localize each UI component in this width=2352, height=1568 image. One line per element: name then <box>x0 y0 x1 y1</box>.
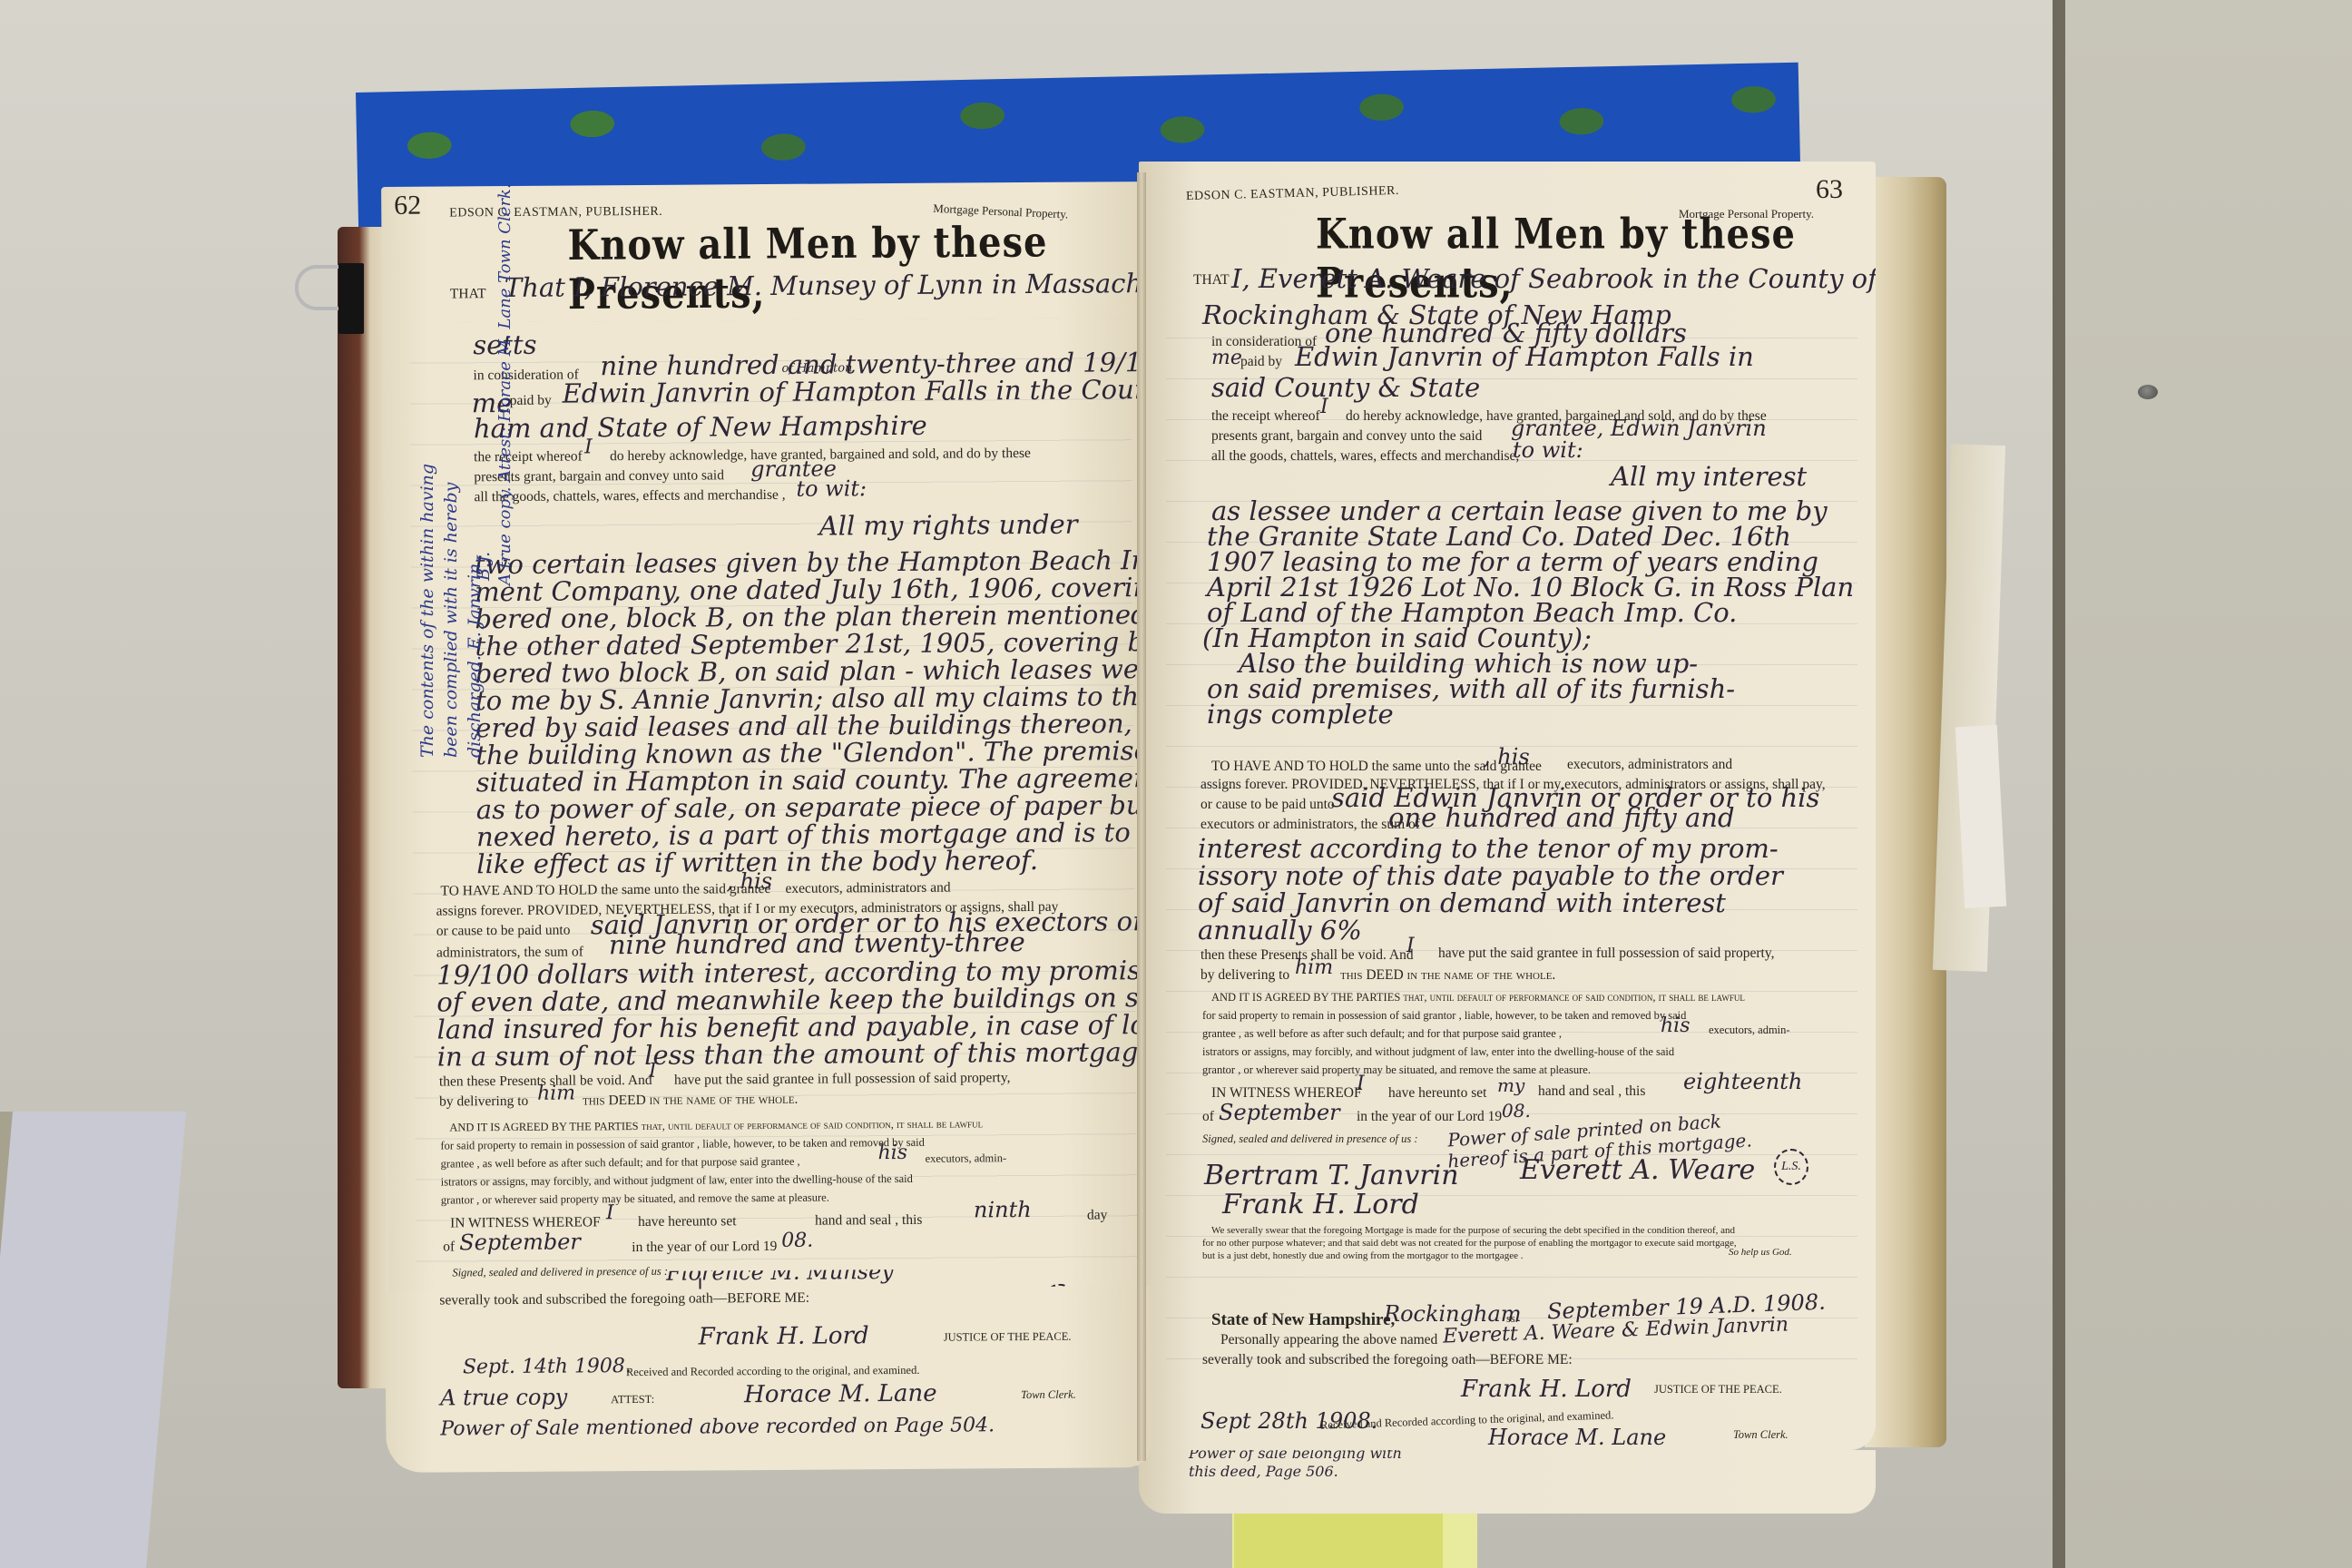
state-heading: State of New Hampshire, <box>1211 1310 1395 1330</box>
presents-text: presents grant, bargain and convey unto … <box>1211 428 1482 445</box>
wall-panel-right <box>2065 0 2352 1568</box>
void-pronoun: I <box>649 1060 657 1083</box>
publisher-header: EDSON C. EASTMAN, PUBLISHER. <box>1186 184 1399 204</box>
day-label: day <box>1087 1207 1108 1223</box>
year-label: in the year of our Lord 19 <box>1357 1109 1502 1125</box>
delivering-to: him <box>537 1082 575 1104</box>
receipt-label: the receipt whereof <box>1211 408 1320 425</box>
seal-icon: L.S. <box>1774 1149 1808 1185</box>
to-wit: to wit: <box>796 475 867 502</box>
sum-amount: one hundred and fifty and <box>1388 802 1735 833</box>
left-page-bottom: severally took and subscribed the forego… <box>385 1286 1152 1473</box>
witness-signature: Bertram T. Janvrin <box>1204 1160 1459 1191</box>
hand-seal-text: hand and seal , this <box>815 1212 923 1230</box>
severally-text: severally took and subscribed the forego… <box>1202 1352 1573 1368</box>
footer-note: Power of Sale mentioned above recorded o… <box>440 1414 995 1440</box>
justice-label: JUSTICE OF THE PEACE. <box>1654 1383 1782 1396</box>
witness-day: eighteenth <box>1683 1069 1802 1094</box>
margin-attest-note: A true copy. Attest: Horace M. Lane Town… <box>494 183 517 585</box>
hereunto-text: have hereunto set <box>638 1213 737 1230</box>
footer-note: Power of sale belonging with <box>1189 1450 1402 1462</box>
agreement-executors: executors, admin- <box>1709 1024 1790 1037</box>
goods-text: all the goods, chattels, wares, effects … <box>1211 448 1519 465</box>
property-line: ings complete <box>1207 699 1394 730</box>
true-copy: A true copy <box>440 1385 567 1411</box>
signed-label: Signed, sealed and delivered in presence… <box>1202 1132 1418 1146</box>
ack-name: Florence M. Munsey <box>666 1268 894 1286</box>
that-label: THAT <box>1193 272 1230 289</box>
agreement-line: istrators or assigns, may forcibly, and … <box>1202 1045 1674 1059</box>
binder-clip <box>338 263 364 334</box>
clerk-signature: Horace M. Lane <box>744 1380 937 1408</box>
void-pronoun: I <box>1406 935 1415 957</box>
agreement-line: istrators or assigns, may forcibly, and … <box>441 1172 913 1190</box>
payment-line: in a sum of not less than the amount of … <box>437 1036 1157 1073</box>
margin-note-line: been complied with it is hereby <box>439 464 463 758</box>
habendum-text: TO HAVE AND TO HOLD the same unto the sa… <box>440 881 770 900</box>
page-number: 62 <box>394 191 421 221</box>
received-text: Received and Recorded according to the o… <box>626 1364 920 1379</box>
cause-paid-label: or cause to be paid unto <box>1200 797 1335 813</box>
insertion-note: of Hampton <box>781 361 852 376</box>
agreement-line: for said property to remain in possessio… <box>440 1136 924 1153</box>
justice-label: JUSTICE OF THE PEACE. <box>944 1330 1072 1345</box>
agreement-line: grantor , or wherever said property may … <box>1202 1063 1591 1077</box>
witness-month: September <box>459 1229 581 1255</box>
payment-line: issory note of this date payable to the … <box>1198 860 1783 891</box>
goods-text: all the goods, chattels, wares, effects … <box>474 487 785 505</box>
payment-line: annually 6% <box>1198 915 1362 946</box>
clerk-label: Town Clerk. <box>1021 1388 1076 1402</box>
property-line: All my interest <box>1611 461 1807 492</box>
oath-line: for no other purpose whatever; and that … <box>1202 1238 1737 1249</box>
margin-note-line: The contents of the within having <box>416 464 439 758</box>
wall-seam <box>2053 0 2065 1568</box>
oath-line: but is a just debt, honestly due and owi… <box>1202 1250 1523 1261</box>
agreement-his: his <box>877 1142 907 1164</box>
year-value: 08. <box>781 1230 813 1252</box>
right-page-bottom: ATTEST: Power of sale belonging with thi… <box>1139 1450 1876 1514</box>
payment-line: interest according to the tenor of my pr… <box>1198 833 1779 864</box>
agreement-line: for said property to remain in possessio… <box>1202 1009 1686 1023</box>
witness-day: ninth <box>974 1197 1032 1222</box>
grantor-signature: Everett A. Weare <box>1520 1154 1755 1186</box>
agreement-his: his <box>1661 1014 1690 1037</box>
attest-label: ATTEST: <box>611 1393 654 1406</box>
witness-month: September <box>1219 1100 1340 1125</box>
hereunto-text: have hereunto set <box>1388 1085 1486 1102</box>
year-label: in the year of our Lord 19 <box>632 1239 777 1256</box>
agreement-line: grantee , as well before as after such d… <box>441 1155 800 1171</box>
so-help-text: So help us God. <box>1729 1247 1792 1258</box>
justice-signature: Frank H. Lord <box>699 1322 869 1350</box>
grantor-line-1: That I, Florence M. Munsey of Lynn in Ma… <box>505 268 1157 303</box>
agreement-line: AND IT IS AGREED BY THE PARTIES that, un… <box>449 1117 983 1134</box>
margin-note-line: discharged. E. Janvrin. <box>463 464 486 758</box>
clerk-signature: Horace M. Lane <box>1488 1425 1666 1450</box>
publisher-header: EDSON C. EASTMAN, PUBLISHER. <box>449 205 662 221</box>
hand-seal-text: hand and seal , this <box>1538 1083 1645 1100</box>
habendum-executors: executors, administrators and <box>1567 757 1732 773</box>
to-me: me <box>1211 347 1242 369</box>
receipt-label: the receipt whereof <box>474 448 583 465</box>
paid-by-party: Edwin Janvrin of Hampton Falls in the Co… <box>563 373 1157 409</box>
book-gutter <box>1137 172 1146 1461</box>
agreement-line: grantee , as well before as after such d… <box>1202 1027 1562 1041</box>
severally-text: severally took and subscribed the forego… <box>439 1290 809 1309</box>
year-value: 08. <box>1502 1100 1531 1122</box>
sum-label: executors or administrators, the sum of <box>1200 817 1420 833</box>
agreement-line: AND IT IS AGREED BY THE PARTIES that, un… <box>1211 991 1745 1004</box>
payment-line: of said Janvrin on demand with interest <box>1198 887 1726 918</box>
paid-by-party-2: said County & State <box>1211 372 1480 403</box>
receipt-pronoun: I <box>584 436 593 458</box>
paid-by-label: paid by <box>1240 354 1282 370</box>
that-label: THAT <box>450 286 486 302</box>
witness-my: my <box>1497 1074 1524 1096</box>
right-page: EDSON C. EASTMAN, PUBLISHER. 63 Mortgage… <box>1139 162 1876 1450</box>
cause-paid-label: or cause to be paid unto <box>436 923 571 940</box>
personally-text: Personally appearing the above named <box>1220 1332 1437 1348</box>
habendum-his: , his <box>726 868 772 894</box>
agreement-line: grantor , or wherever said property may … <box>441 1191 829 1208</box>
margin-initials: B.J. <box>472 552 495 581</box>
property-line: All my rights under <box>819 509 1078 542</box>
receipt-pronoun: I <box>1320 396 1328 418</box>
delivering-label: by delivering to <box>1200 967 1289 984</box>
possession-text: have put the said grantee in full posses… <box>674 1070 1011 1089</box>
deed-text: this DEED in the name of the whole. <box>1340 967 1555 984</box>
habendum-executors: executors, administrators and <box>785 880 950 897</box>
oath-line: We severally swear that the foregoing Mo… <box>1211 1225 1735 1236</box>
delivering-label: by delivering to <box>439 1093 528 1111</box>
agreement-executors: executors, admin- <box>926 1151 1007 1166</box>
screw-icon <box>2138 385 2158 399</box>
page-stack-right <box>1865 177 1946 1447</box>
clerk-label: Town Clerk. <box>1733 1428 1788 1442</box>
of-label: of <box>1202 1109 1214 1125</box>
delivering-to: him <box>1295 956 1333 979</box>
witness-pronoun: I <box>1357 1073 1365 1095</box>
footer-note: this deed, Page 506. <box>1189 1463 1338 1480</box>
margin-discharge-note: The contents of the within having been c… <box>416 464 486 758</box>
habendum-his: , his <box>1484 744 1530 769</box>
to-wit: to wit: <box>1513 437 1583 463</box>
witness-pronoun: I <box>606 1201 614 1224</box>
recording-date: Sept. 14th 1908. <box>463 1355 632 1378</box>
page-number: 63 <box>1816 174 1843 205</box>
possession-text: have put the said grantee in full posses… <box>1438 946 1774 962</box>
grantor-line-1: I, Everett A. Weare of Seabrook in the C… <box>1231 263 1876 294</box>
of-label: of <box>443 1239 455 1255</box>
deed-text: this DEED in the name of the whole. <box>583 1092 798 1110</box>
paid-by-party: Edwin Janvrin of Hampton Falls in <box>1295 341 1754 372</box>
witness-signature: Frank H. Lord <box>1222 1189 1419 1220</box>
justice-signature: Frank H. Lord <box>1461 1376 1632 1403</box>
paid-by-party-2: ham and State of New Hampshire <box>474 410 927 444</box>
